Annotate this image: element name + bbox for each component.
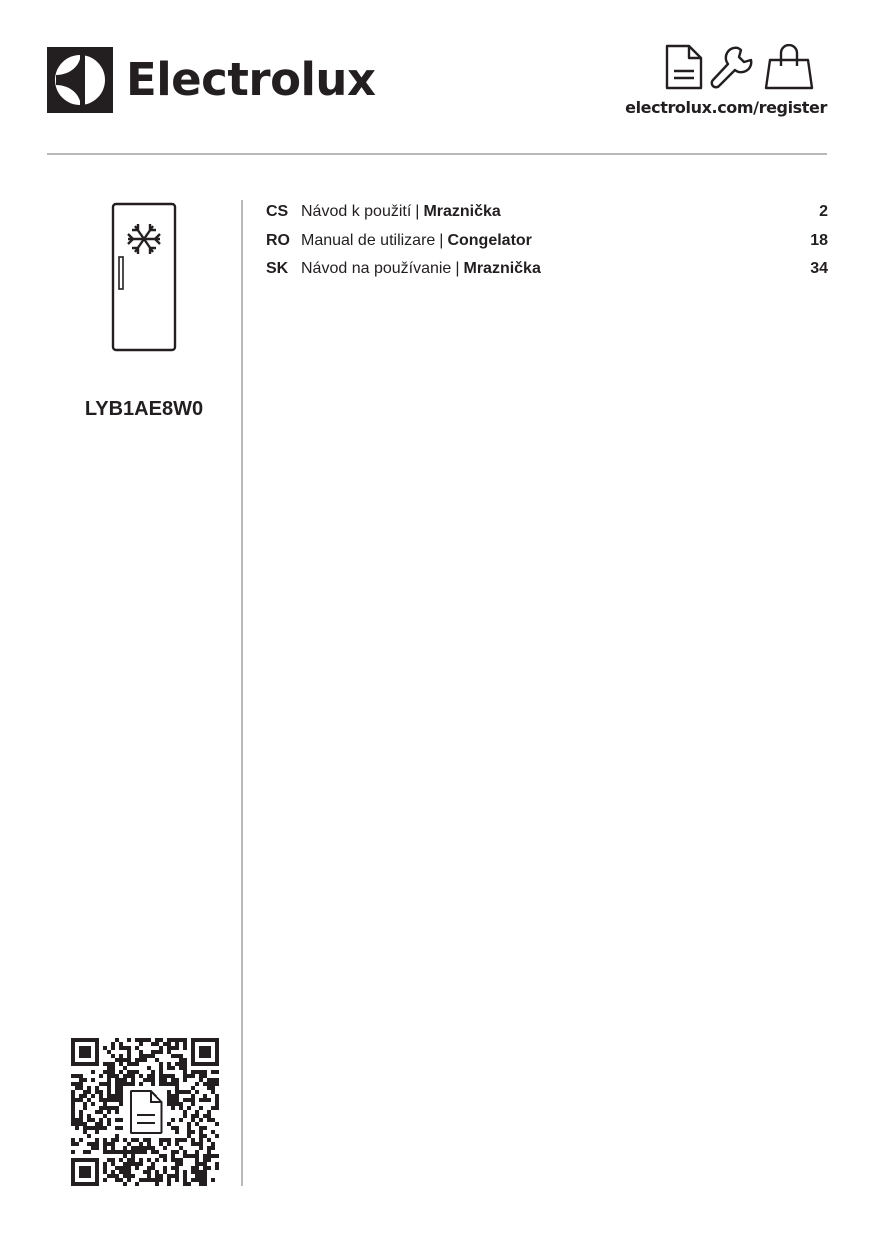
toc-row-sk[interactable]: SK Návod na používanie|Mraznička 34 bbox=[266, 260, 828, 289]
freezer-icon bbox=[111, 202, 177, 352]
page-number: 18 bbox=[810, 232, 828, 250]
electrolux-logo-icon bbox=[47, 47, 113, 113]
product-type: Mraznička bbox=[463, 260, 540, 277]
product-type: Congelator bbox=[447, 232, 531, 249]
product-type: Mraznička bbox=[423, 203, 500, 220]
separator: | bbox=[415, 203, 419, 220]
toc-row-cs[interactable]: CS Návod k použití|Mraznička 2 bbox=[266, 203, 828, 232]
language-code: RO bbox=[266, 232, 301, 250]
language-code: CS bbox=[266, 203, 301, 221]
manual-title: Návod k použití bbox=[301, 203, 411, 220]
manual-title: Manual de utilizare bbox=[301, 232, 435, 249]
column-divider bbox=[241, 200, 243, 1186]
separator: | bbox=[439, 232, 443, 249]
page-number: 2 bbox=[819, 203, 828, 221]
qr-code-icon[interactable] bbox=[70, 1038, 220, 1186]
toc-row-ro[interactable]: RO Manual de utilizare|Congelator 18 bbox=[266, 232, 828, 261]
model-number: LYB1AE8W0 bbox=[47, 398, 241, 421]
page-number: 34 bbox=[810, 260, 828, 278]
table-of-contents: CS Návod k použití|Mraznička 2 RO Manual… bbox=[266, 203, 828, 289]
wrench-icon bbox=[712, 48, 751, 87]
shopping-bag-icon bbox=[766, 45, 812, 88]
language-code: SK bbox=[266, 260, 301, 278]
snowflake-icon bbox=[128, 224, 160, 254]
register-link[interactable]: electrolux.com/register bbox=[625, 98, 827, 117]
document-icon bbox=[667, 46, 701, 88]
brand-name: Electrolux bbox=[126, 52, 375, 108]
manual-title: Návod na používanie bbox=[301, 260, 451, 277]
separator: | bbox=[455, 260, 459, 277]
header-divider bbox=[47, 153, 827, 155]
header-icons bbox=[664, 44, 814, 92]
